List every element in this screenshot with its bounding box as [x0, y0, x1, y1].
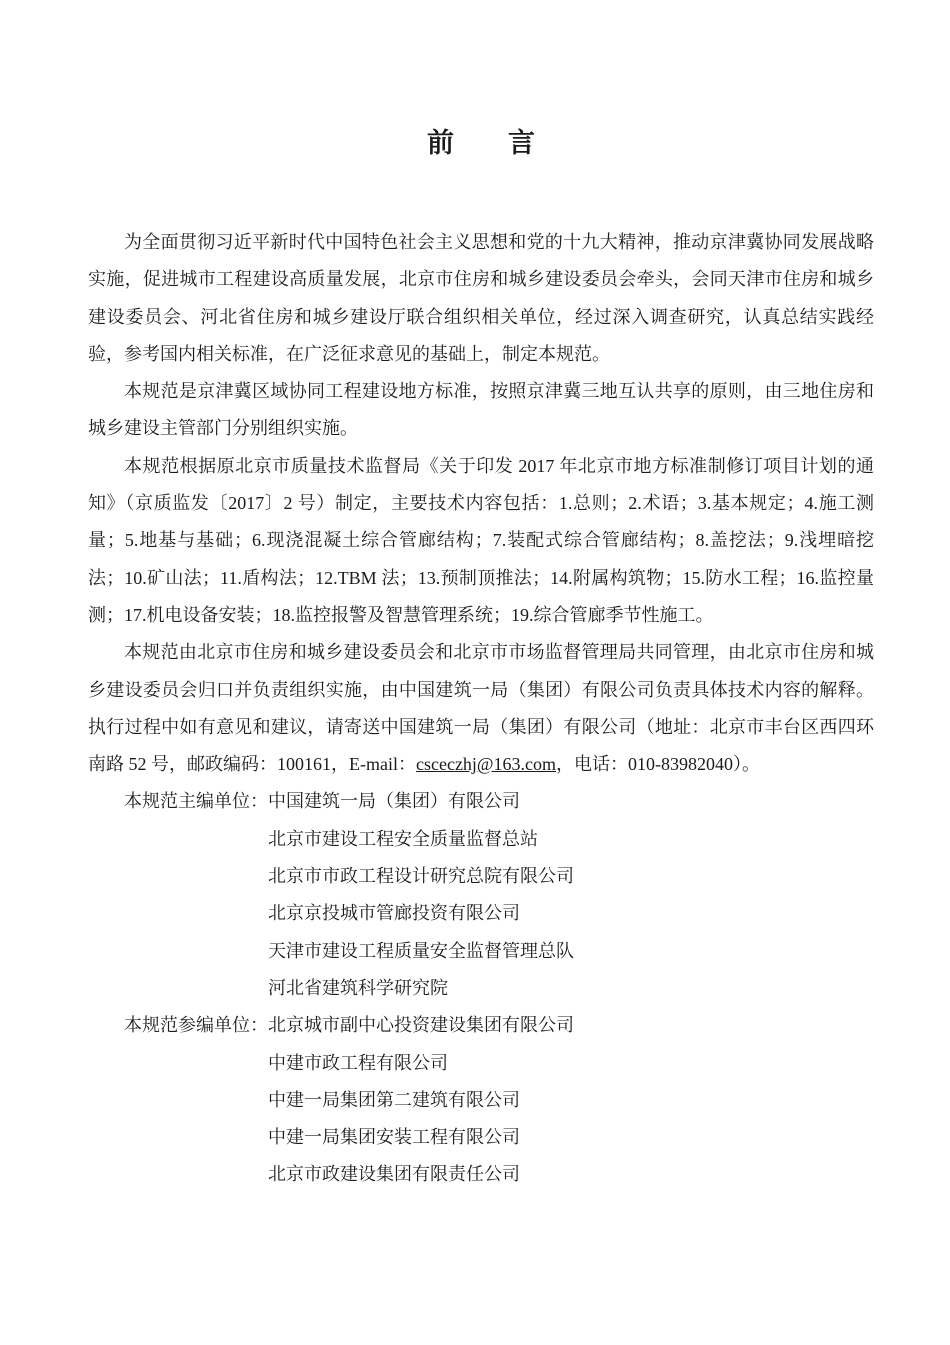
chief-editor-list: 中国建筑一局（集团）有限公司 北京市建设工程安全质量监督总站 北京市市政工程设计…	[268, 783, 874, 1007]
document-page: 前 言 为全面贯彻习近平新时代中国特色社会主义思想和党的十九大精神，推动京津冀协…	[0, 0, 950, 1345]
chief-editor-unit: 天津市建设工程质量安全监督管理总队	[268, 933, 874, 970]
management-text-after-email: ，电话：010-83982040）。	[556, 754, 760, 774]
chief-editor-label: 本规范主编单位：	[124, 783, 268, 1007]
co-editor-unit: 中建一局集团第二建筑有限公司	[268, 1082, 874, 1119]
chief-editor-unit: 中国建筑一局（集团）有限公司	[268, 783, 874, 820]
paragraph-management: 本规范由北京市住房和城乡建设委员会和北京市市场监督管理局共同管理，由北京市住房和…	[88, 634, 874, 783]
chief-editor-unit: 北京市市政工程设计研究总院有限公司	[268, 858, 874, 895]
co-editor-list: 北京城市副中心投资建设集团有限公司 中建市政工程有限公司 中建一局集团第二建筑有…	[268, 1007, 874, 1193]
chief-editor-unit: 北京市建设工程安全质量监督总站	[268, 821, 874, 858]
chief-editor-unit: 北京京投城市管廊投资有限公司	[268, 895, 874, 932]
co-editor-unit: 北京市政建设集团有限责任公司	[268, 1156, 874, 1193]
co-editor-unit: 北京城市副中心投资建设集团有限公司	[268, 1007, 874, 1044]
paragraph-intro: 为全面贯彻习近平新时代中国特色社会主义思想和党的十九大精神，推动京津冀协同发展战…	[88, 224, 874, 373]
co-editor-label: 本规范参编单位：	[124, 1007, 268, 1193]
co-editor-unit: 中建一局集团安装工程有限公司	[268, 1119, 874, 1156]
email-link[interactable]: csceczhj@163.com	[416, 754, 556, 774]
page-title: 前 言	[88, 126, 874, 160]
paragraph-technical-contents: 本规范根据原北京市质量技术监督局《关于印发 2017 年北京市地方标准制修订项目…	[88, 448, 874, 634]
chief-editor-unit: 河北省建筑科学研究院	[268, 970, 874, 1007]
co-editor-unit: 中建市政工程有限公司	[268, 1045, 874, 1082]
co-editor-block: 本规范参编单位： 北京城市副中心投资建设集团有限公司 中建市政工程有限公司 中建…	[124, 1007, 874, 1193]
chief-editor-block: 本规范主编单位： 中国建筑一局（集团）有限公司 北京市建设工程安全质量监督总站 …	[124, 783, 874, 1007]
paragraph-regional-standard: 本规范是京津冀区域协同工程建设地方标准，按照京津冀三地互认共享的原则，由三地住房…	[88, 373, 874, 448]
